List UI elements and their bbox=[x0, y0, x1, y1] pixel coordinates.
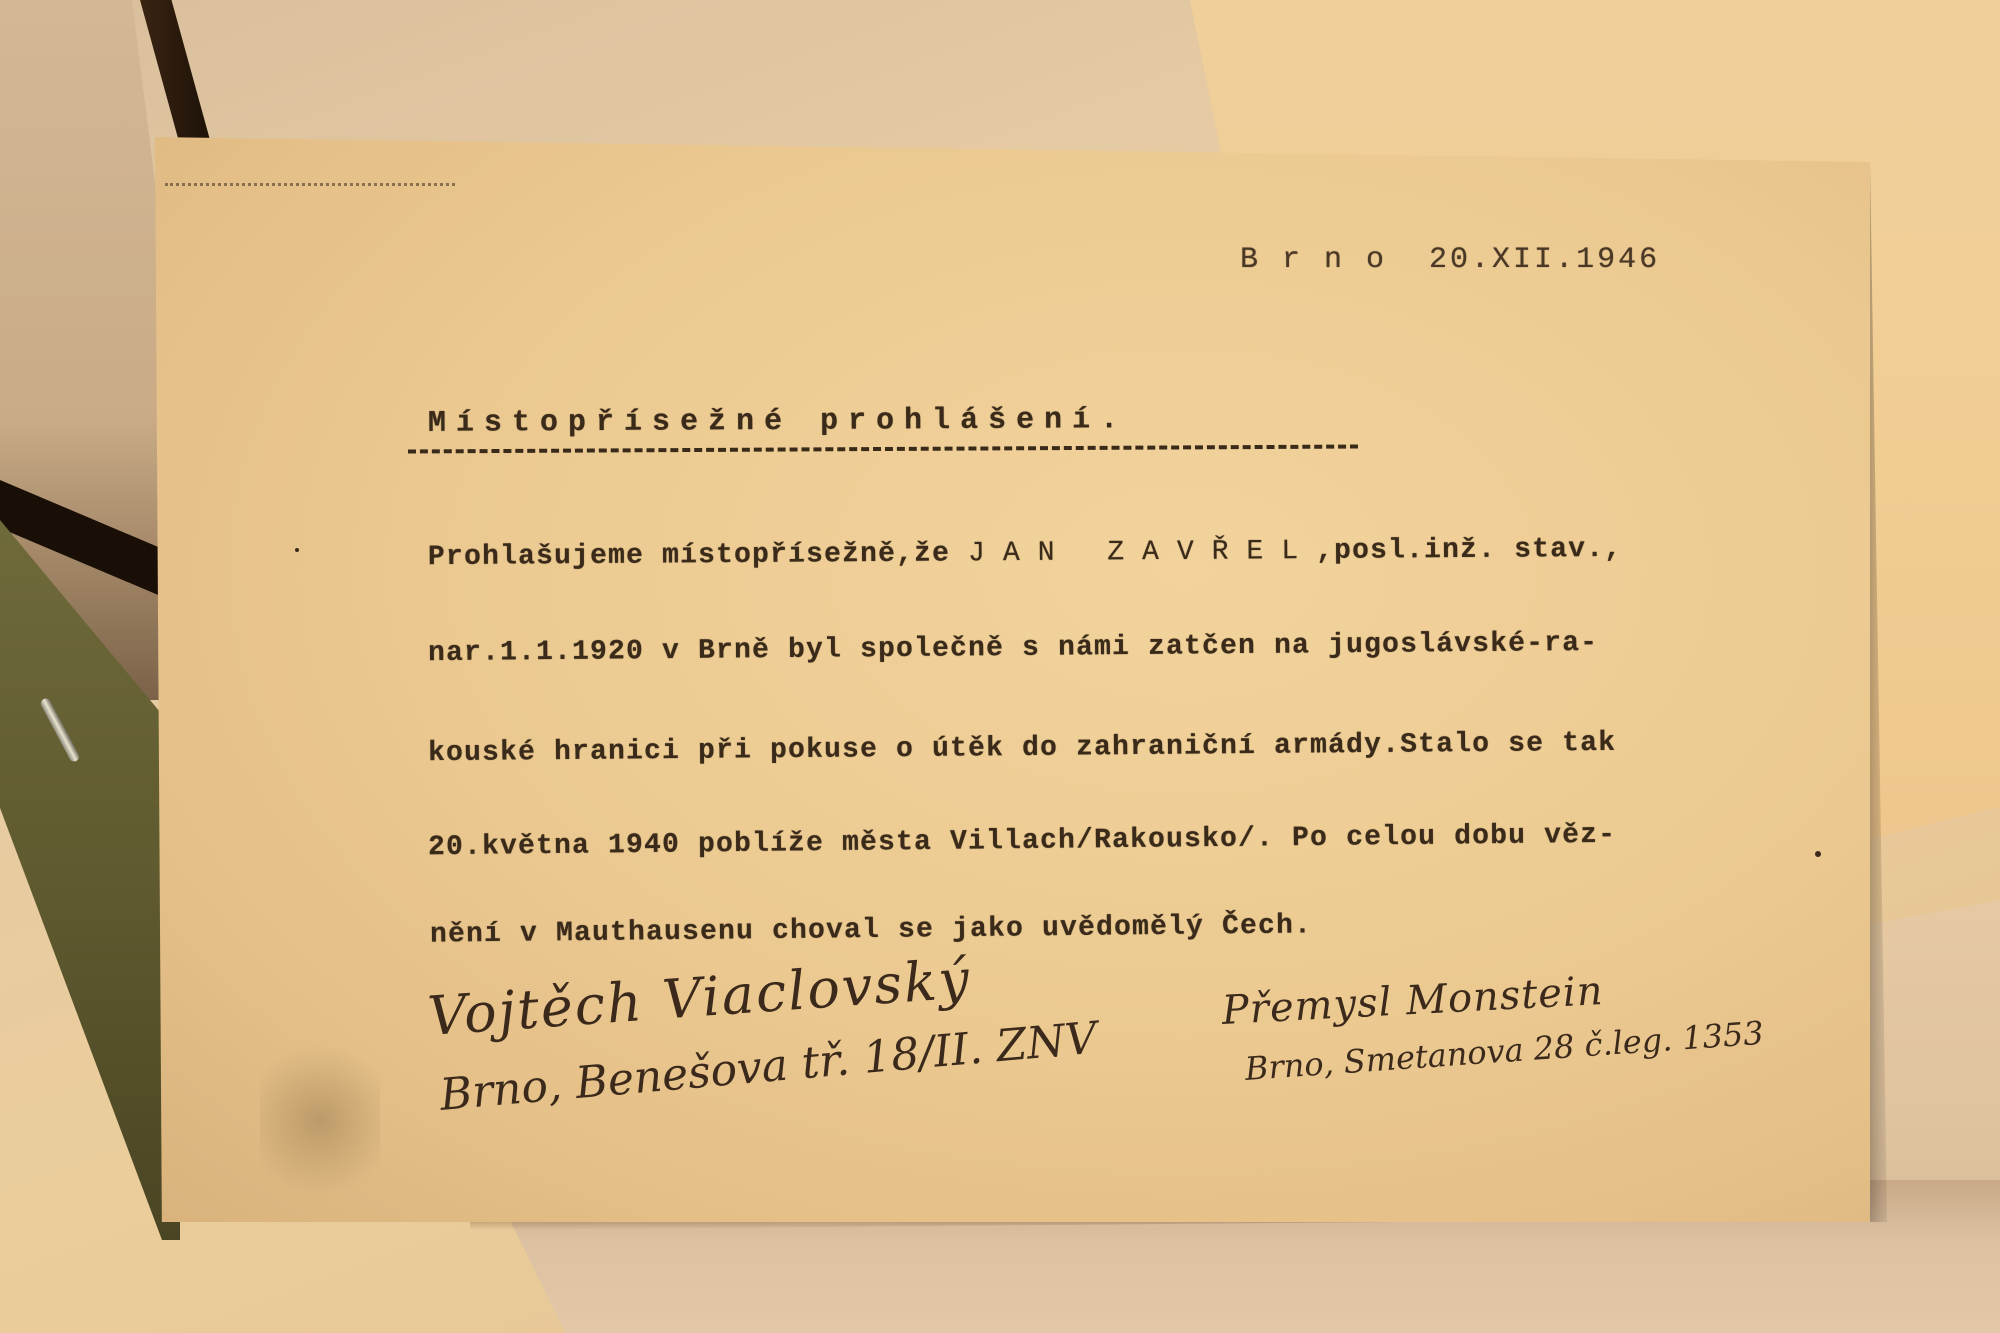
date: 20.XII.1946 bbox=[1429, 243, 1660, 277]
document-title: Místopřísežné prohlášení. bbox=[428, 403, 1128, 441]
body-line-1-start: Prohlašujeme místopřísežně,že bbox=[428, 538, 968, 573]
subject-name: JAN ZAVŘEL bbox=[968, 536, 1316, 569]
faded-ruled-line bbox=[165, 183, 455, 186]
body-line-1-end: ,posl.inž. stav., bbox=[1316, 534, 1622, 567]
place: B r n o bbox=[1240, 243, 1387, 277]
paper-stain bbox=[260, 1030, 380, 1210]
ink-dot bbox=[295, 548, 299, 552]
ink-dot bbox=[1815, 851, 1821, 857]
place-and-date: B r n o 20.XII.1946 bbox=[1240, 243, 1660, 277]
